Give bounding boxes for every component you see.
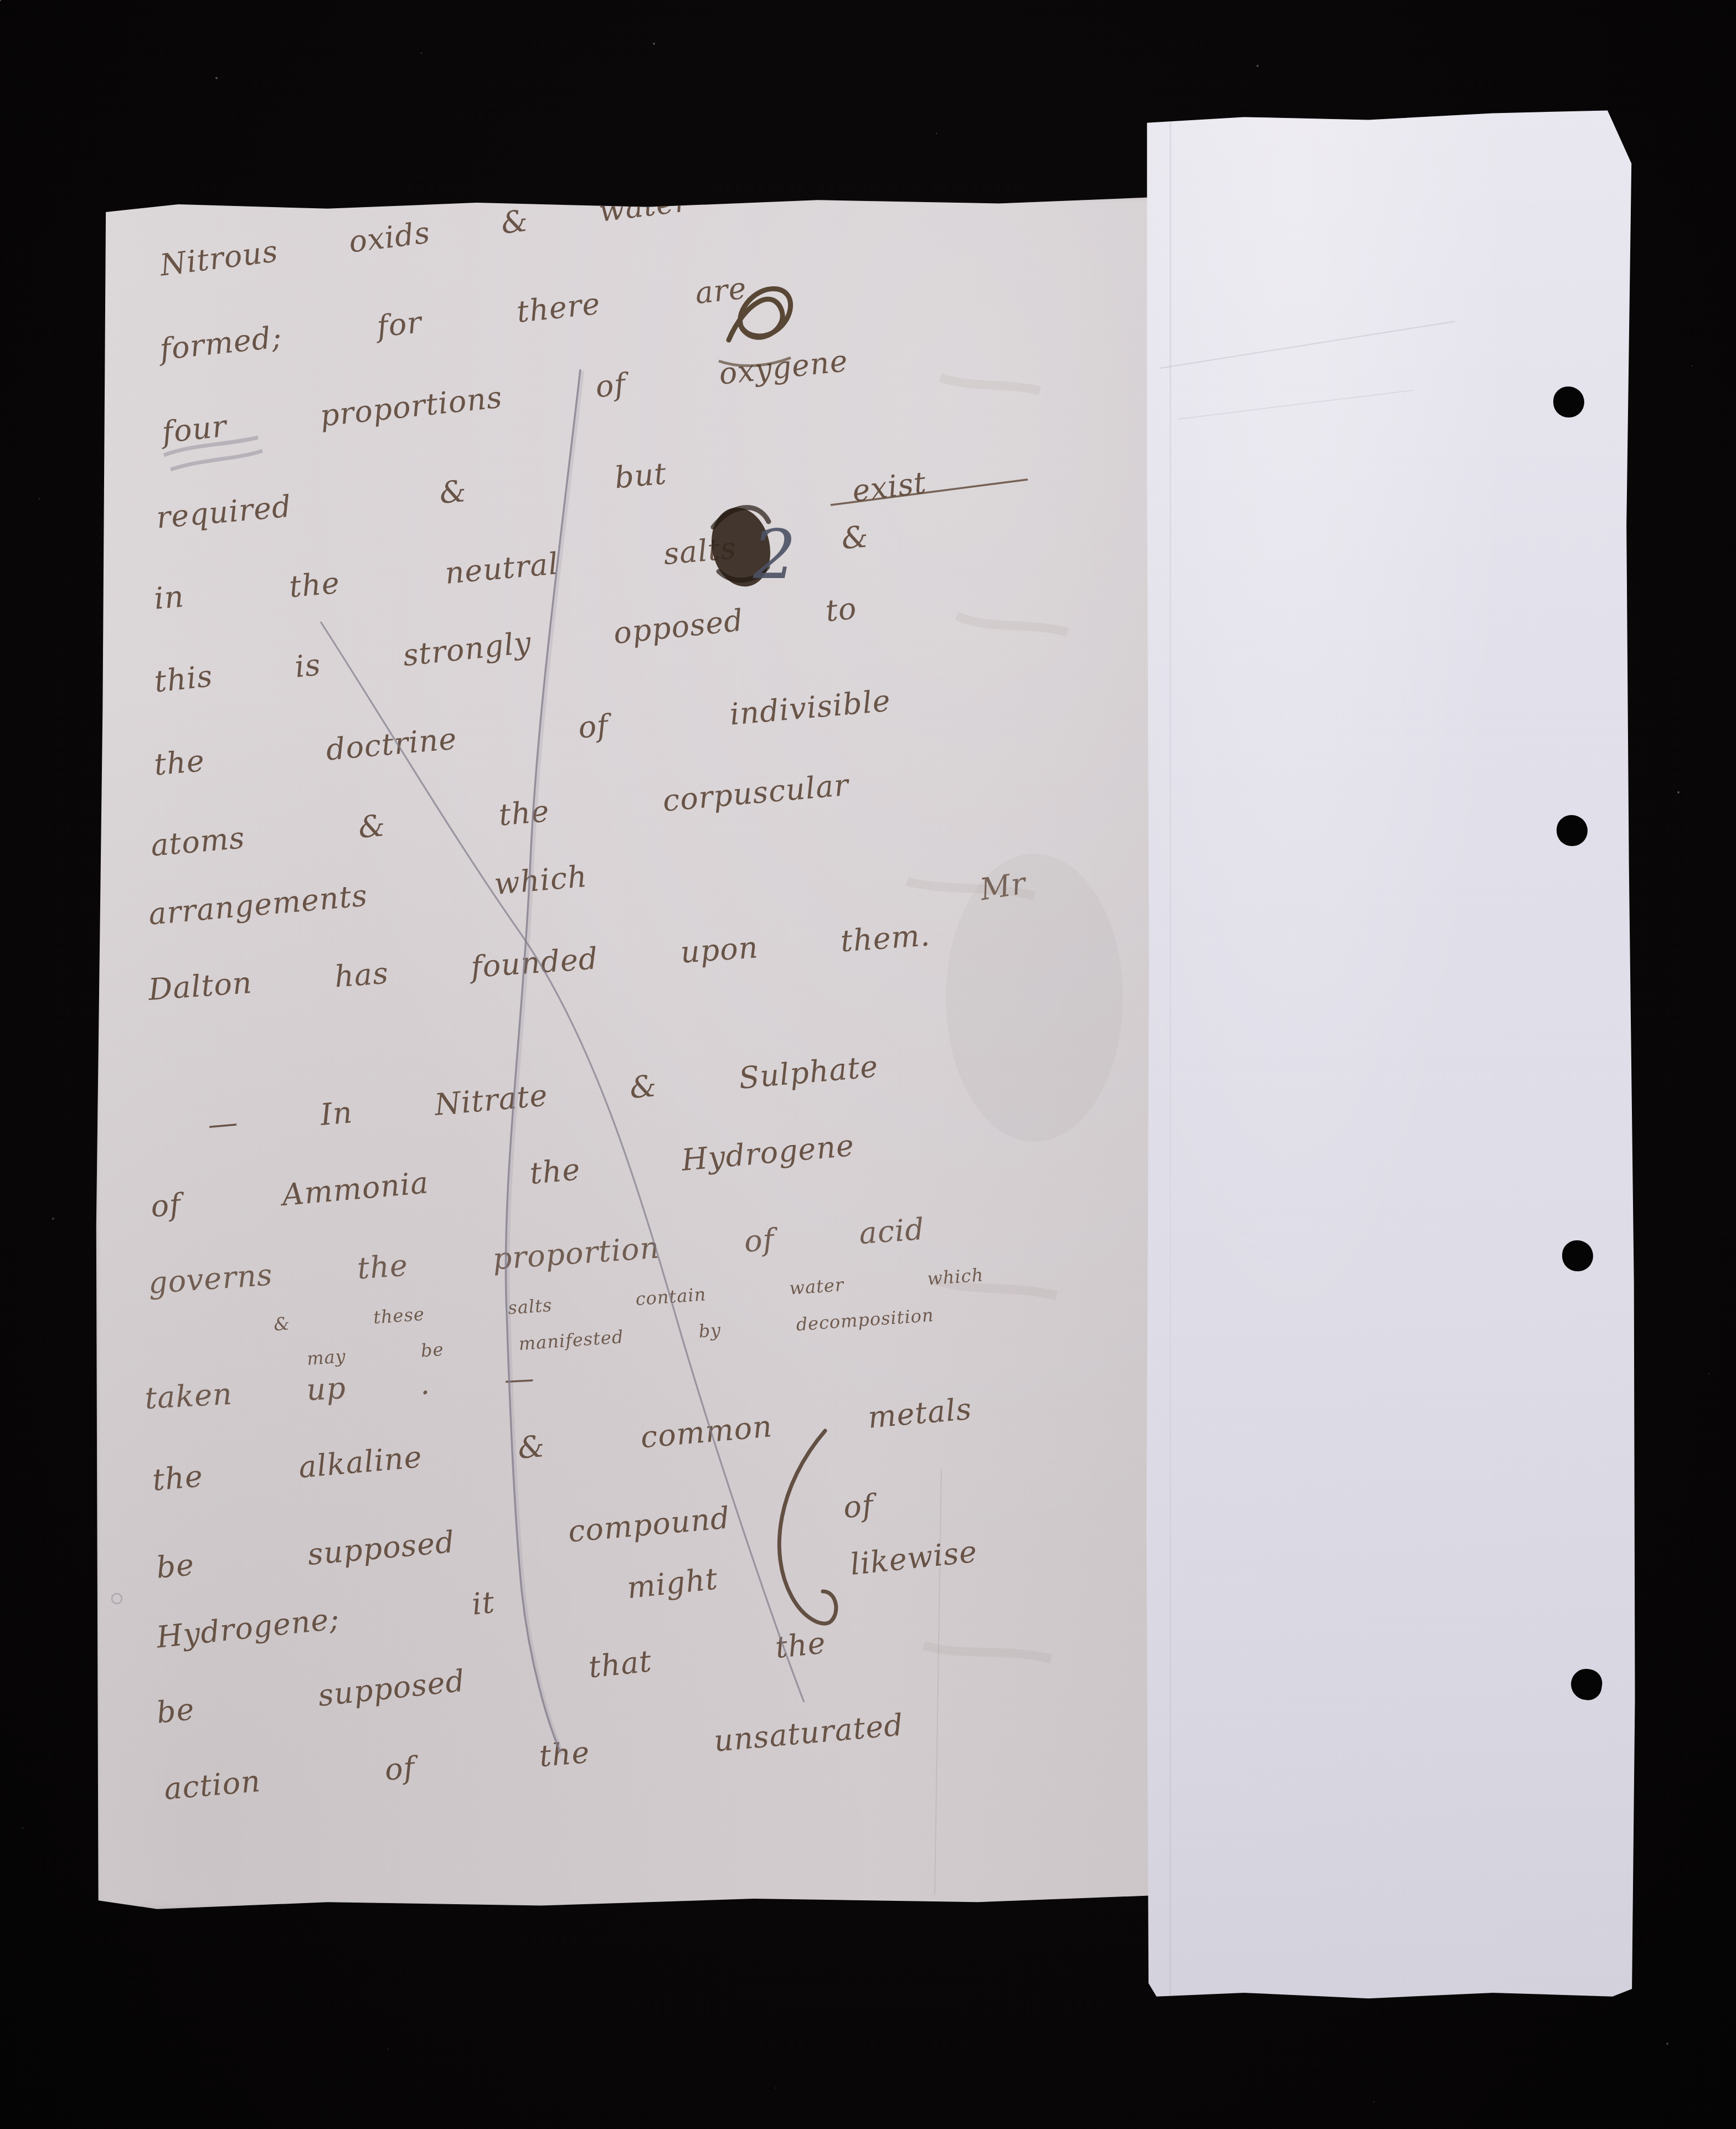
handwritten-line: taken up . — [144, 1363, 535, 1415]
handwritten-line: this is strongly opposed to [153, 593, 858, 698]
handwritten-line: Nitrous oxids & water to be [158, 159, 902, 281]
handwritten-line: four proportions of oxygene [161, 346, 849, 449]
handwritten-line: of Ammonia the Hydrogene [150, 1130, 856, 1223]
handwritten-word-mr: Mr [978, 868, 1028, 906]
handwritten-line: atoms & the corpuscular [150, 770, 850, 862]
overlapping-paper-strip [1144, 109, 1642, 2002]
paper-stain [946, 854, 1123, 1142]
punch-hole [1562, 1240, 1593, 1271]
handwritten-line: action of the unsaturated [163, 1709, 905, 1805]
handwritten-line: Dalton has founded upon them. [147, 920, 931, 1006]
page-crease [935, 1468, 941, 1895]
strip-crease-vertical [1170, 109, 1171, 2002]
punch-hole [1557, 815, 1588, 846]
punch-hole [1553, 386, 1584, 417]
manuscript-page: Nitrous oxids & water to be formed; for … [93, 195, 1159, 1914]
handwritten-word-exist: exist [851, 467, 928, 508]
ink-showthrough [907, 378, 1068, 1659]
handwritten-line: formed; for there are [158, 273, 748, 366]
photo-background: Nitrous oxids & water to be formed; for … [0, 0, 1736, 2129]
handwritten-line: — In Nitrate & Sulphate [207, 1051, 879, 1141]
handwritten-line: the doctrine of indivisible [153, 685, 892, 781]
strip-crease-fold [1160, 321, 1455, 369]
handwritten-line: required & but [155, 458, 668, 534]
margin-mark [112, 1594, 122, 1604]
strip-crease-fold [1177, 390, 1414, 420]
punch-hole [1569, 1667, 1604, 1702]
dust-specks [0, 0, 1, 1]
handwritten-line: arrangements which [147, 861, 589, 931]
